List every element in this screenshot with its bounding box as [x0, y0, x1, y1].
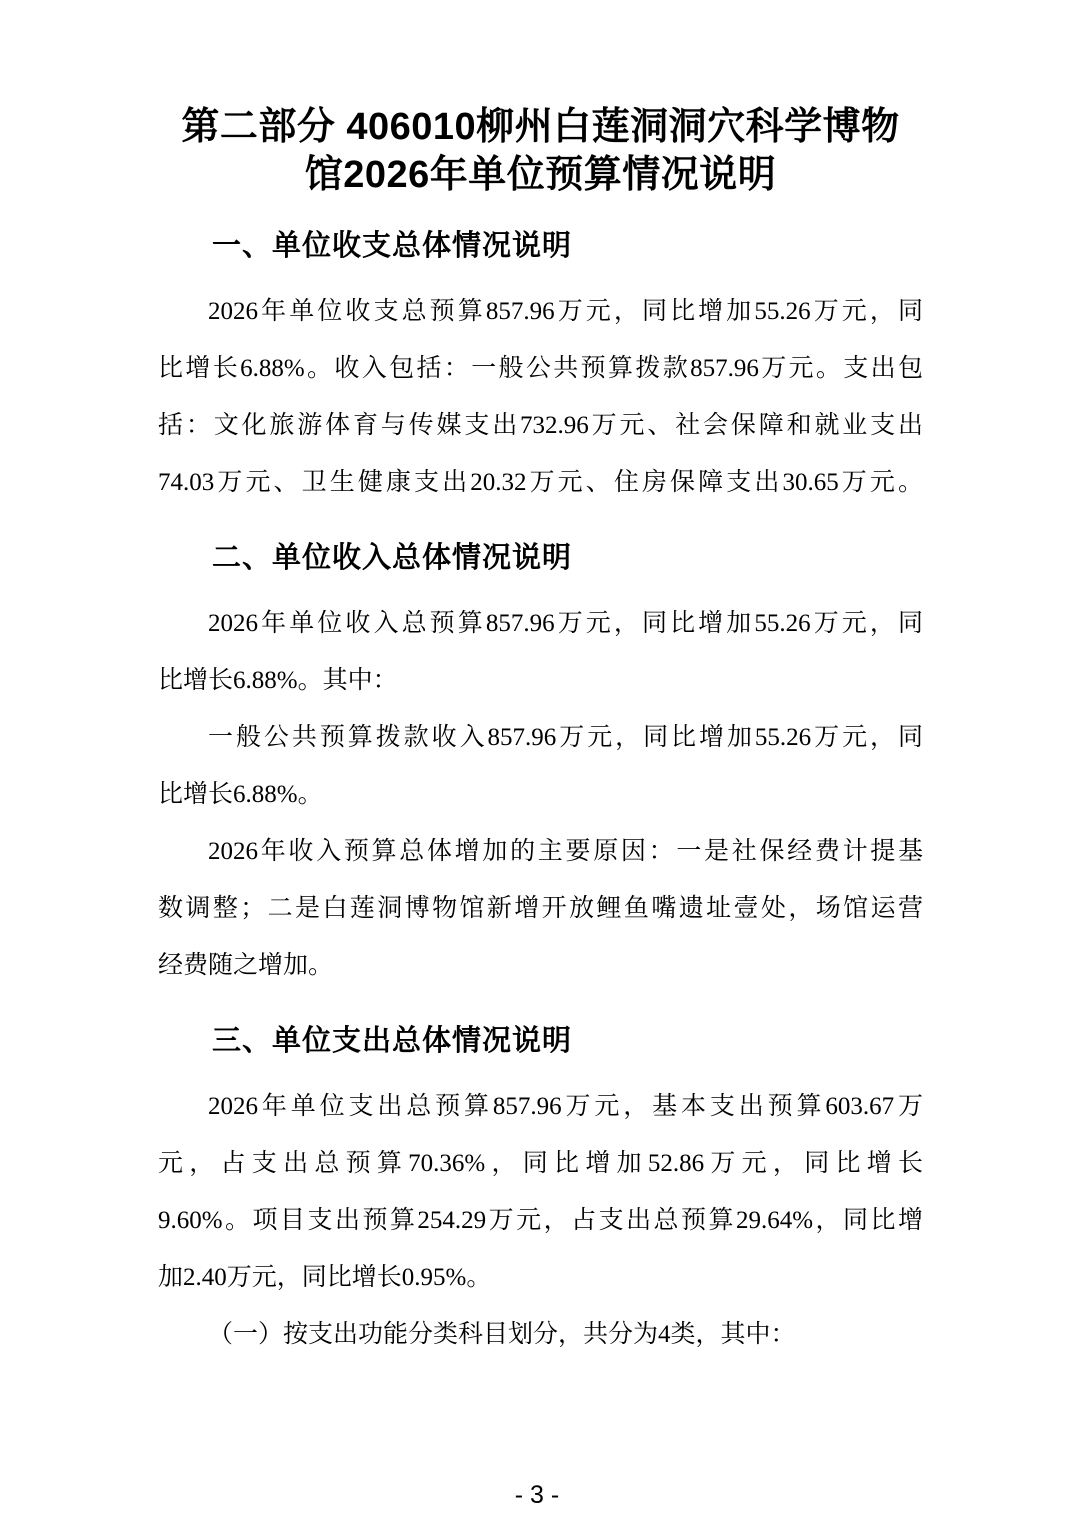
document-title-line-2: 馆2026年单位预算情况说明 [158, 151, 923, 199]
budget-document-page: 第二部分 406010柳州白莲洞洞穴科学博物 馆2026年单位预算情况说明 一、… [0, 0, 1074, 1520]
document-title-line-1: 第二部分 406010柳州白莲洞洞穴科学博物 [158, 103, 923, 151]
paragraph: 2026年单位收入总预算857.96万元，同比增加55.26万元，同 比增长6.… [158, 595, 923, 709]
section-overall-revenue: 二、单位收入总体情况说明 2026年单位收入总预算857.96万元，同比增加55… [158, 539, 923, 994]
page-number: - 3 - [0, 1482, 1074, 1508]
text-line: 2026年单位收支总预算857.96万元，同比增加55.26万元，同 [158, 283, 923, 340]
text-line: （一）按支出功能分类科目划分，共分为4类，其中： [158, 1306, 923, 1363]
text-line: 2026年单位收入总预算857.96万元，同比增加55.26万元，同 [158, 595, 923, 652]
text-line: 经费随之增加。 [158, 937, 923, 994]
text-line: 比增长6.88%。其中： [158, 652, 923, 709]
document-title: 第二部分 406010柳州白莲洞洞穴科学博物 馆2026年单位预算情况说明 [158, 103, 923, 199]
section-overall-revenue-expenditure: 一、单位收支总体情况说明 2026年单位收支总预算857.96万元，同比增加55… [158, 227, 923, 511]
paragraph: 2026年单位收支总预算857.96万元，同比增加55.26万元，同 比增长6.… [158, 283, 923, 511]
section-1-heading: 一、单位收支总体情况说明 [158, 227, 923, 265]
text-line: 9.60%。项目支出预算254.29万元，占支出总预算29.64%，同比增 [158, 1192, 923, 1249]
text-line: 2026年收入预算总体增加的主要原因：一是社保经费计提基 [158, 823, 923, 880]
paragraph: 2026年单位支出总预算857.96万元，基本支出预算603.67万 元，占支出… [158, 1078, 923, 1306]
text-line: 数调整；二是白莲洞博物馆新增开放鲤鱼嘴遗址壹处，场馆运营 [158, 880, 923, 937]
paragraph: 一般公共预算拨款收入857.96万元，同比增加55.26万元，同 比增长6.88… [158, 709, 923, 823]
text-line: 加2.40万元，同比增长0.95%。 [158, 1249, 923, 1306]
text-line: 比增长6.88%。 [158, 766, 923, 823]
text-line: 一般公共预算拨款收入857.96万元，同比增加55.26万元，同 [158, 709, 923, 766]
paragraph: （一）按支出功能分类科目划分，共分为4类，其中： [158, 1306, 923, 1363]
section-2-heading: 二、单位收入总体情况说明 [158, 539, 923, 577]
section-overall-expenditure: 三、单位支出总体情况说明 2026年单位支出总预算857.96万元，基本支出预算… [158, 1022, 923, 1363]
text-line: 比增长6.88%。收入包括：一般公共预算拨款857.96万元。支出包 [158, 340, 923, 397]
section-3-heading: 三、单位支出总体情况说明 [158, 1022, 923, 1060]
text-line: 元，占支出总预算70.36%，同比增加52.86万元，同比增长 [158, 1135, 923, 1192]
text-line: 括：文化旅游体育与传媒支出732.96万元、社会保障和就业支出 [158, 397, 923, 454]
text-line: 74.03万元、卫生健康支出20.32万元、住房保障支出30.65万元。 [158, 454, 923, 511]
paragraph: 2026年收入预算总体增加的主要原因：一是社保经费计提基 数调整；二是白莲洞博物… [158, 823, 923, 994]
text-line: 2026年单位支出总预算857.96万元，基本支出预算603.67万 [158, 1078, 923, 1135]
